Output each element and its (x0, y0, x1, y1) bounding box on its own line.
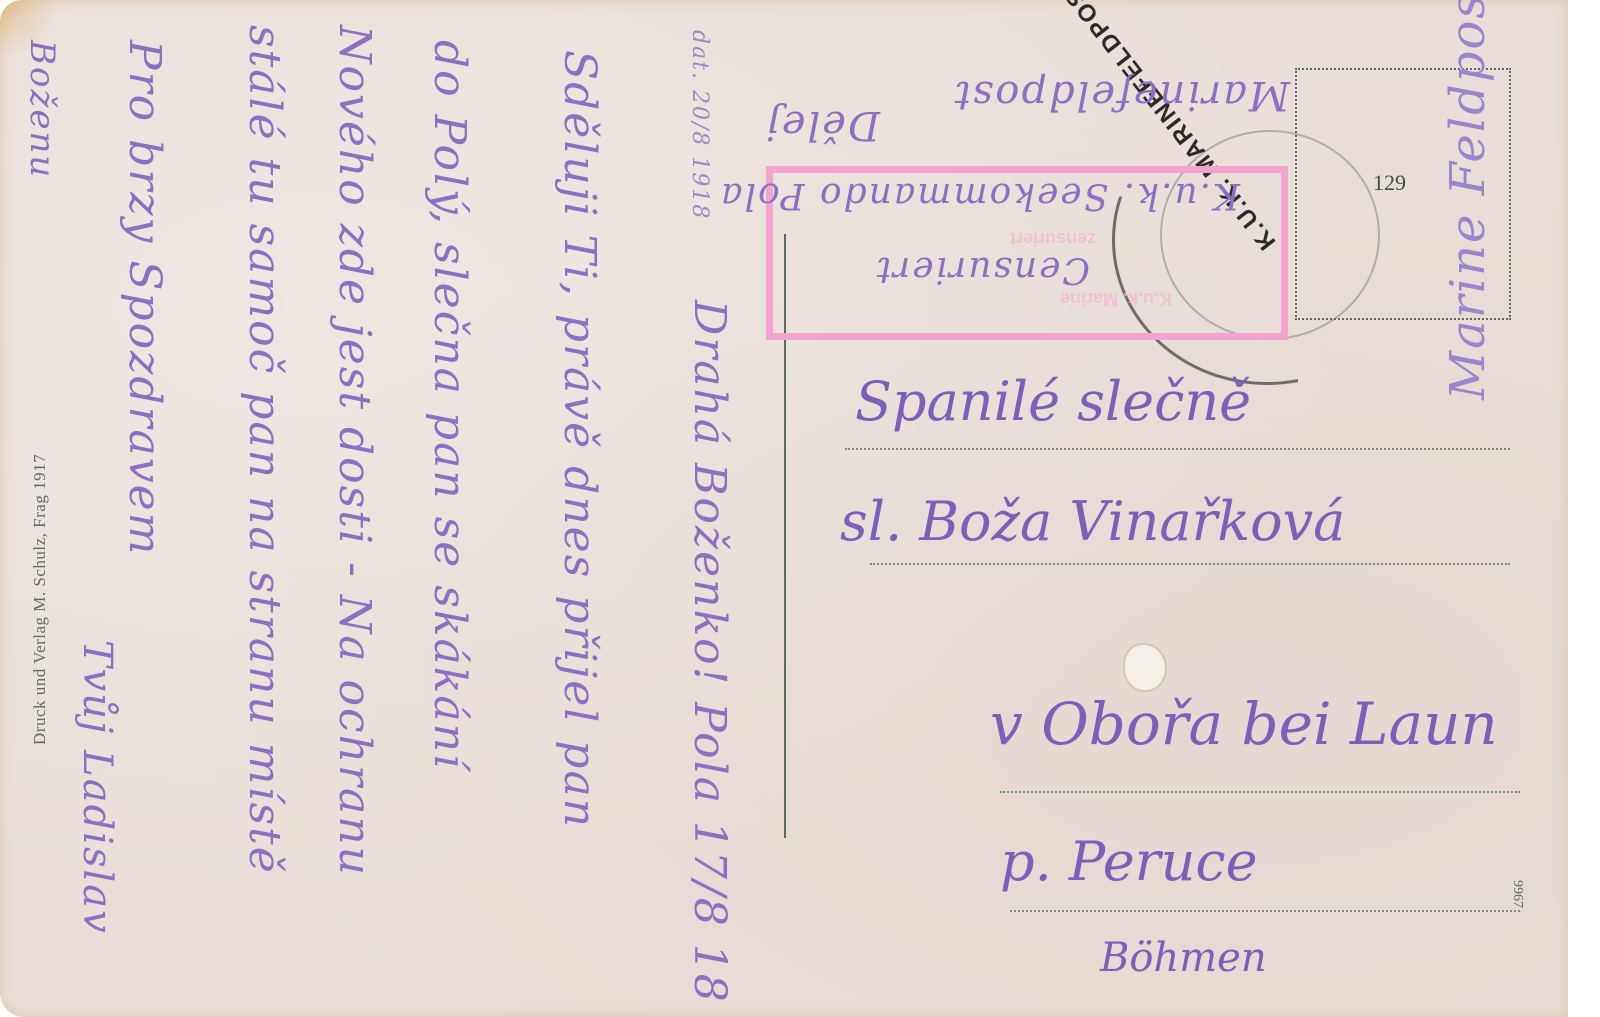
upside-down-line: Dělej (765, 102, 880, 148)
message-line: do Polý, slečna pan se skákání (424, 40, 475, 770)
address-post-office: p. Peruce (1000, 830, 1258, 893)
postcard-back: Druck und Verlag M. Schulz, Frag 1917 99… (0, 0, 1568, 1017)
censor-faint-text: K.u.k. Marine (1060, 288, 1172, 309)
message-line: Sděluji Ti, právě dnes přijel pan (554, 50, 605, 829)
upside-down-line: Censuriert (875, 249, 1090, 290)
stamp-box-number: 129 (1373, 170, 1406, 196)
serial-number: 9967 (1509, 880, 1525, 908)
address-name: sl. Boža Vinařková (840, 490, 1345, 553)
address-line-rule (1010, 910, 1520, 912)
message-line: Nového zde jest dosti - Na ochranu (329, 25, 380, 877)
message-line: Boženu (22, 40, 62, 179)
address-region: Böhmen (1100, 935, 1267, 981)
message-line: Pro brzy Spozdravem (119, 40, 170, 556)
publisher-imprint: Druck und Verlag M. Schulz, Frag 1917 (30, 454, 50, 745)
address-line-rule (845, 448, 1510, 450)
address-line-rule (870, 563, 1510, 565)
message-line: stálé tu samoč pan na stranu místě (239, 25, 290, 875)
message-line: Tvůj Ladislav (74, 640, 120, 935)
censor-faint-text: zensuriert (1010, 228, 1096, 249)
upside-down-line: Marinefeldpost (953, 72, 1290, 118)
address-town: v Obořa bei Laun (990, 690, 1498, 758)
paper-spot (1125, 645, 1165, 690)
date-note: dat. 20/8 1918 (687, 30, 712, 220)
upside-down-line: K.u.k. Seekommando Pola (719, 175, 1240, 216)
address-salutation: Spanilé slečně (855, 370, 1251, 433)
sender-note: Marine Feldpost (1440, 0, 1496, 400)
message-line: Drahá Boženko! Pola 17/8 18 (684, 300, 735, 1004)
address-line-rule (1000, 791, 1520, 793)
